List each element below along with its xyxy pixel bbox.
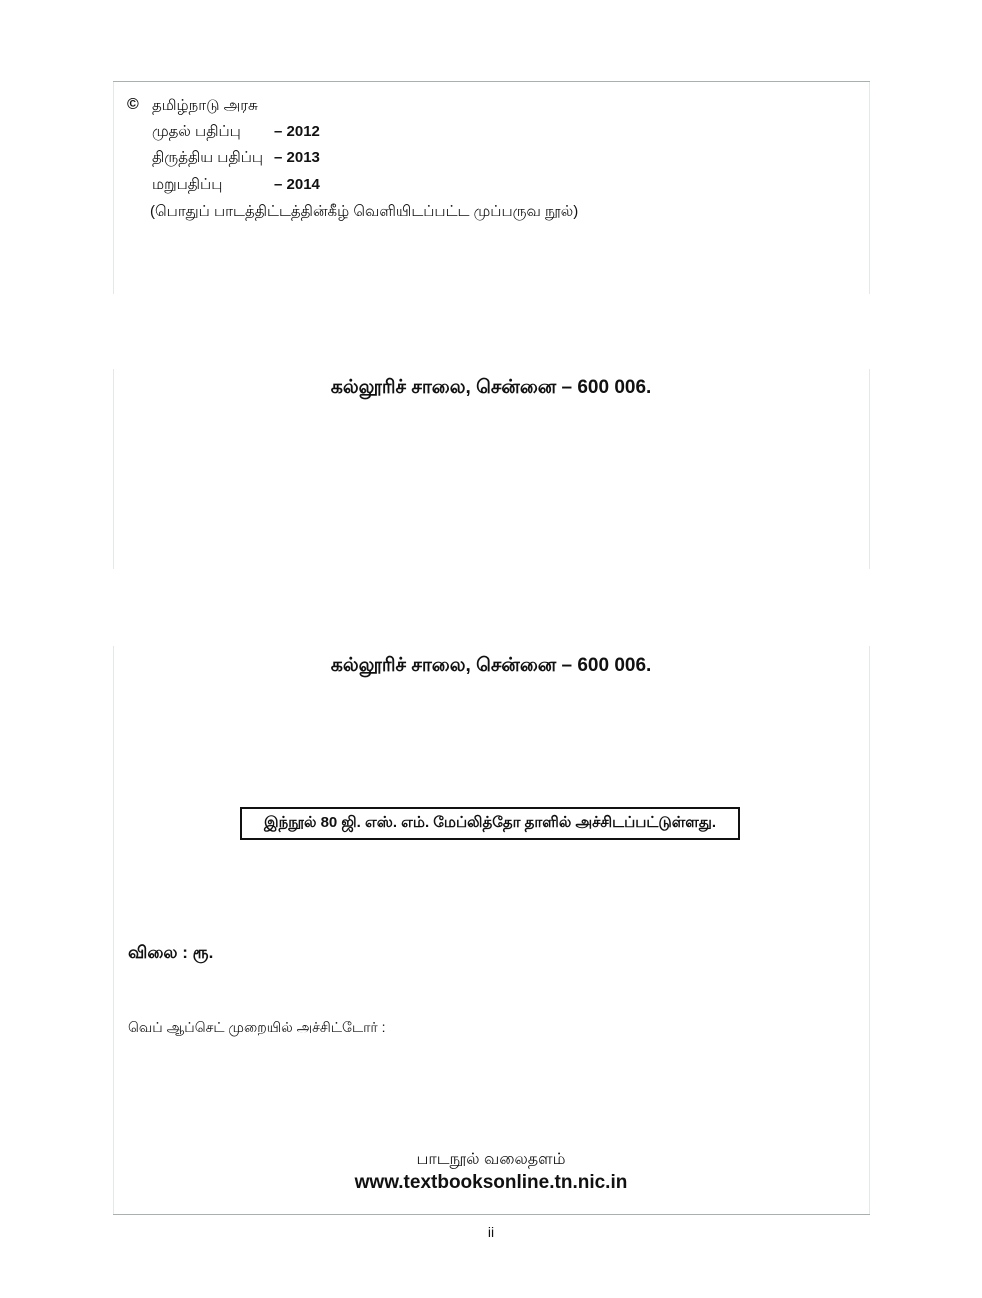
paper-notice-text: இந்நூல் 80 ஜி. எஸ். எம். மேப்லித்தோ தாளி… <box>264 814 716 833</box>
page-number: ii <box>0 1224 982 1240</box>
website-url[interactable]: www.textbooksonline.tn.nic.in <box>0 1172 982 1194</box>
syllabus-note: (பொதுப் பாடத்திட்டத்தின்கீழ் வெளியிடப்பட… <box>150 203 578 222</box>
bottom-rule <box>113 1214 870 1215</box>
edition-label: முதல் பதிப்பு <box>152 123 274 142</box>
paper-notice-box: இந்நூல் 80 ஜி. எஸ். எம். மேப்லித்தோ தாளி… <box>240 807 740 840</box>
price-label: விலை : ரூ. <box>128 943 213 965</box>
edition-year: – 2012 <box>274 123 320 140</box>
copyright-owner: தமிழ்நாடு அரசு <box>152 97 258 116</box>
printer-label: வெப் ஆப்செட் முறையில் அச்சிட்டோர் : <box>128 1019 386 1038</box>
frame-left-3 <box>113 646 114 1214</box>
frame-left-1 <box>113 82 114 294</box>
edition-row: முதல் பதிப்பு– 2012 <box>152 123 320 142</box>
publisher-address-2: கல்லூரிச் சாலை, சென்னை – 600 006. <box>0 655 982 679</box>
edition-year: – 2014 <box>274 176 320 193</box>
edition-label: மறுபதிப்பு <box>152 176 274 195</box>
frame-right-3 <box>869 646 870 1214</box>
edition-year: – 2013 <box>274 149 320 166</box>
edition-row: மறுபதிப்பு– 2014 <box>152 176 320 195</box>
edition-row: திருத்திய பதிப்பு– 2013 <box>152 149 320 168</box>
frame-right-1 <box>869 82 870 294</box>
publisher-address-1: கல்லூரிச் சாலை, சென்னை – 600 006. <box>0 377 982 401</box>
copyright-icon: © <box>127 96 139 114</box>
top-rule <box>113 81 870 82</box>
edition-label: திருத்திய பதிப்பு <box>152 149 274 168</box>
website-label: பாடநூல் வலைதளம் <box>0 1150 982 1170</box>
